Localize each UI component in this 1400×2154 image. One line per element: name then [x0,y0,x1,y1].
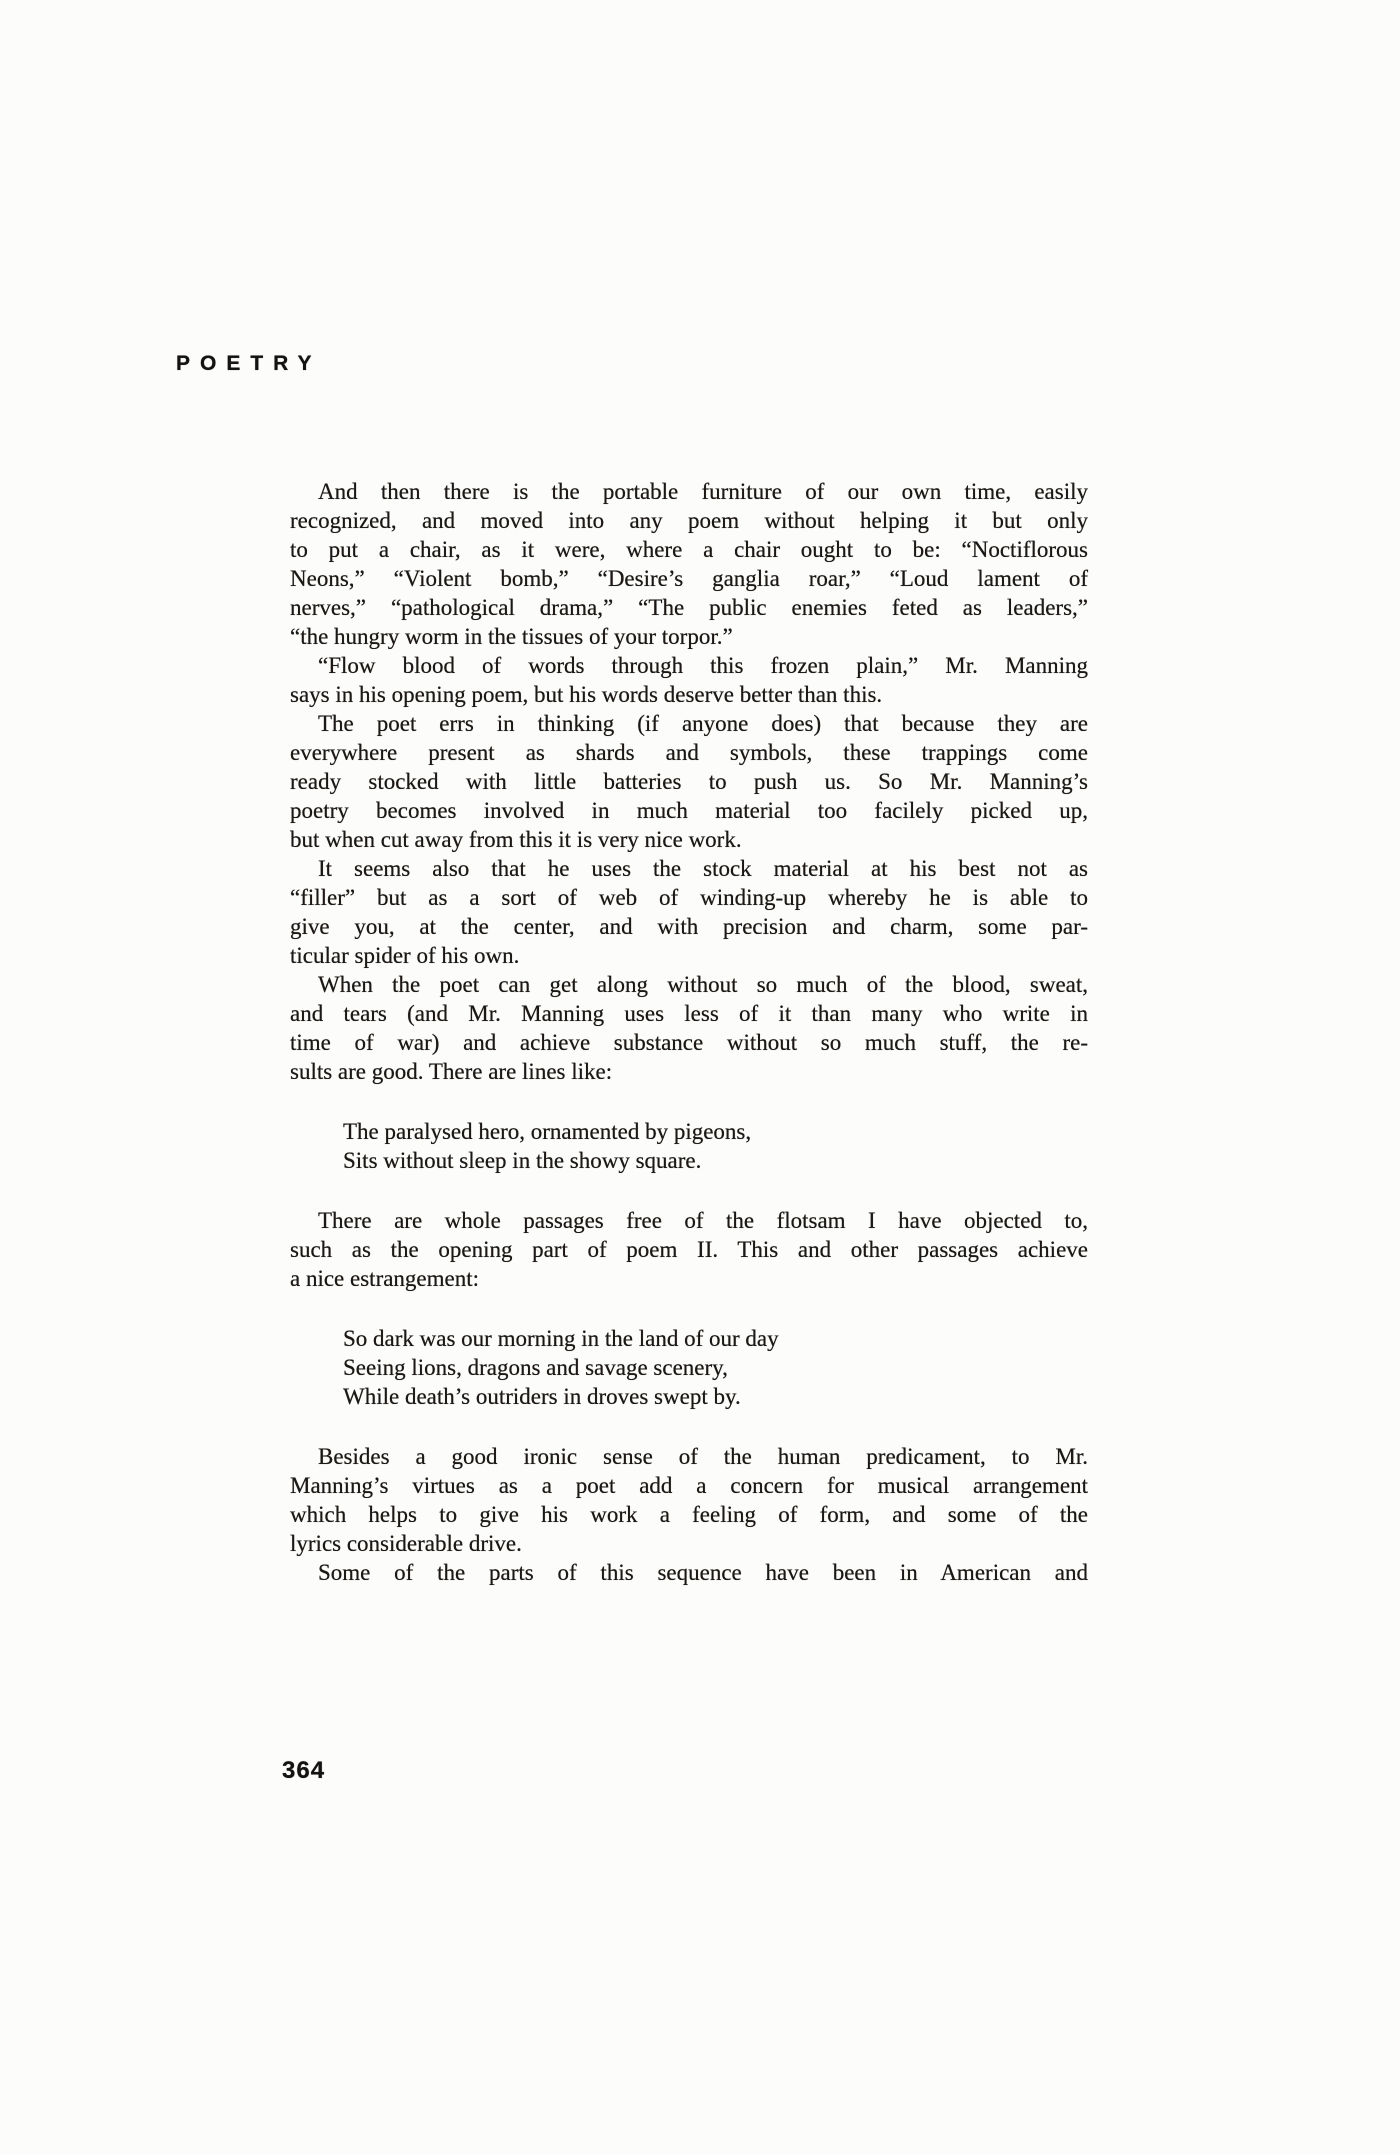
text-line: lyrics considerable drive. [290,1529,1088,1558]
text-line: a nice estrangement: [290,1264,1088,1293]
text-line: such as the opening part of poem II. Thi… [290,1235,1088,1264]
running-header: POETRY [176,352,322,376]
verse-line: Sits without sleep in the showy square. [343,1146,1088,1175]
paragraph: Besides a good ironic sense of the human… [290,1442,1088,1558]
body-text-column: And then there is the portable furniture… [290,477,1088,1587]
text-line: “Flow blood of words through this frozen… [290,651,1088,680]
verse-line: So dark was our morning in the land of o… [343,1324,1088,1353]
text-line: “the hungry worm in the tissues of your … [290,622,1088,651]
text-line: Neons,” “Violent bomb,” “Desire’s gangli… [290,564,1088,593]
paragraph: “Flow blood of words through this frozen… [290,651,1088,709]
verse-quote: So dark was our morning in the land of o… [343,1324,1088,1411]
verse-quote: The paralysed hero, ornamented by pigeon… [343,1117,1088,1175]
text-line: everywhere present as shards and symbols… [290,738,1088,767]
scanned-page: POETRY And then there is the portable fu… [0,0,1400,2154]
text-line: and tears (and Mr. Manning uses less of … [290,999,1088,1028]
verse-line: While death’s outriders in droves swept … [343,1382,1088,1411]
text-line: says in his opening poem, but his words … [290,680,1088,709]
text-line: And then there is the portable furniture… [290,477,1088,506]
paragraph: The poet errs in thinking (if anyone doe… [290,709,1088,854]
text-line: Besides a good ironic sense of the human… [290,1442,1088,1471]
text-line: “filler” but as a sort of web of winding… [290,883,1088,912]
text-line: Some of the parts of this sequence have … [290,1558,1088,1587]
text-line: recognized, and moved into any poem with… [290,506,1088,535]
text-line: time of war) and achieve substance witho… [290,1028,1088,1057]
text-line: ticular spider of his own. [290,941,1088,970]
text-line: It seems also that he uses the stock mat… [290,854,1088,883]
paragraph: It seems also that he uses the stock mat… [290,854,1088,970]
text-line: Manning’s virtues as a poet add a concer… [290,1471,1088,1500]
paragraph: And then there is the portable furniture… [290,477,1088,651]
text-line: sults are good. There are lines like: [290,1057,1088,1086]
verse-line: Seeing lions, dragons and savage scenery… [343,1353,1088,1382]
text-line: poetry becomes involved in much material… [290,796,1088,825]
text-line: but when cut away from this it is very n… [290,825,1088,854]
verse-line: The paralysed hero, ornamented by pigeon… [343,1117,1088,1146]
page-number: 364 [282,1757,325,1785]
text-line: give you, at the center, and with precis… [290,912,1088,941]
text-line: ready stocked with little batteries to p… [290,767,1088,796]
text-line: which helps to give his work a feeling o… [290,1500,1088,1529]
text-line: When the poet can get along without so m… [290,970,1088,999]
text-line: to put a chair, as it were, where a chai… [290,535,1088,564]
text-line: nerves,” “pathological drama,” “The publ… [290,593,1088,622]
paragraph: There are whole passages free of the flo… [290,1206,1088,1293]
text-line: There are whole passages free of the flo… [290,1206,1088,1235]
paragraph: Some of the parts of this sequence have … [290,1558,1088,1587]
text-line: The poet errs in thinking (if anyone doe… [290,709,1088,738]
paragraph: When the poet can get along without so m… [290,970,1088,1086]
